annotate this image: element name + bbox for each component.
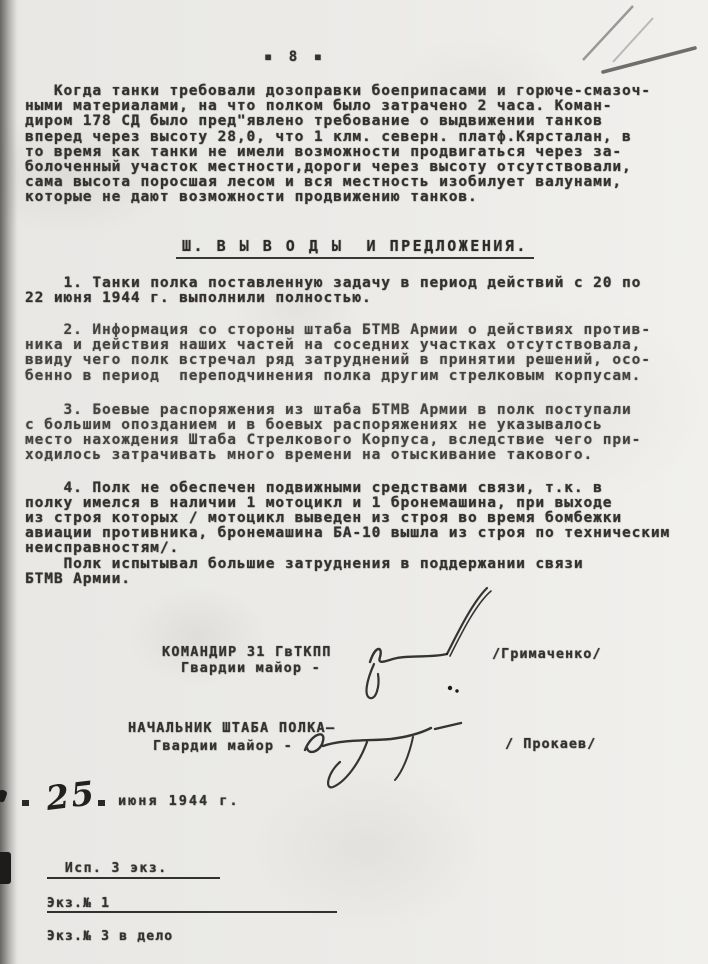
scanned-document-page: ▪ 8 ▪ Когда танки требовали дозоправки б… [0,0,708,964]
commander-title: КОМАНДИР 31 ГвТКПП [162,645,332,660]
commander-name: /Гримаченко/ [492,647,602,662]
scan-edge-shadow [0,0,17,964]
chief-of-staff-name: / Прокаев/ [505,737,596,752]
conclusion-item-1: 1. Танки полка поставленную задачу в пер… [25,276,685,306]
handwritten-day: 25 [44,773,98,818]
commander-signature-icon [362,586,512,708]
page-number: ▪ 8 ▪ [0,50,590,65]
close-quote-mark [98,800,105,806]
conclusion-item-2: 2. Информация со стороны штаба БТМВ Арми… [25,323,685,384]
ink-speck [0,789,8,803]
chief-of-staff-rank: Гвардии майор - [153,739,293,754]
intro-paragraph: Когда танки требовали дозоправки боеприп… [25,84,685,206]
section-heading: Ш. В Ы В О Д Ы И ПРЕДЛОЖЕНИЯ. [176,237,534,259]
copy-notes: Исп. 3 экз. Экз.№ 1 Экз.№ 3 в дело [12,846,337,959]
copy-1-note: Экз.№ 1 [47,896,337,913]
pencil-mark-icon [545,2,705,82]
conclusion-item-3: 3. Боевые распоряжения из штаба БТМВ Арм… [25,403,685,464]
ink-blot [0,852,11,884]
open-quote-mark [22,800,29,806]
commander-rank: Гвардии майор - [181,661,321,676]
copy-3-note: Экз.№ 3 в дело [47,929,173,944]
document-body: Когда танки требовали дозоправки боеприп… [25,84,685,587]
section-heading-wrap: Ш. В Ы В О Д Ы И ПРЕДЛОЖЕНИЯ. [25,236,685,259]
chief-of-staff-signature-icon [295,712,470,797]
date-month-year: июня 1944 г. [118,794,240,809]
copies-count: Исп. 3 экз. [47,861,220,879]
conclusion-item-4: 4. Полк не обеспечен подвижными средства… [25,481,685,587]
